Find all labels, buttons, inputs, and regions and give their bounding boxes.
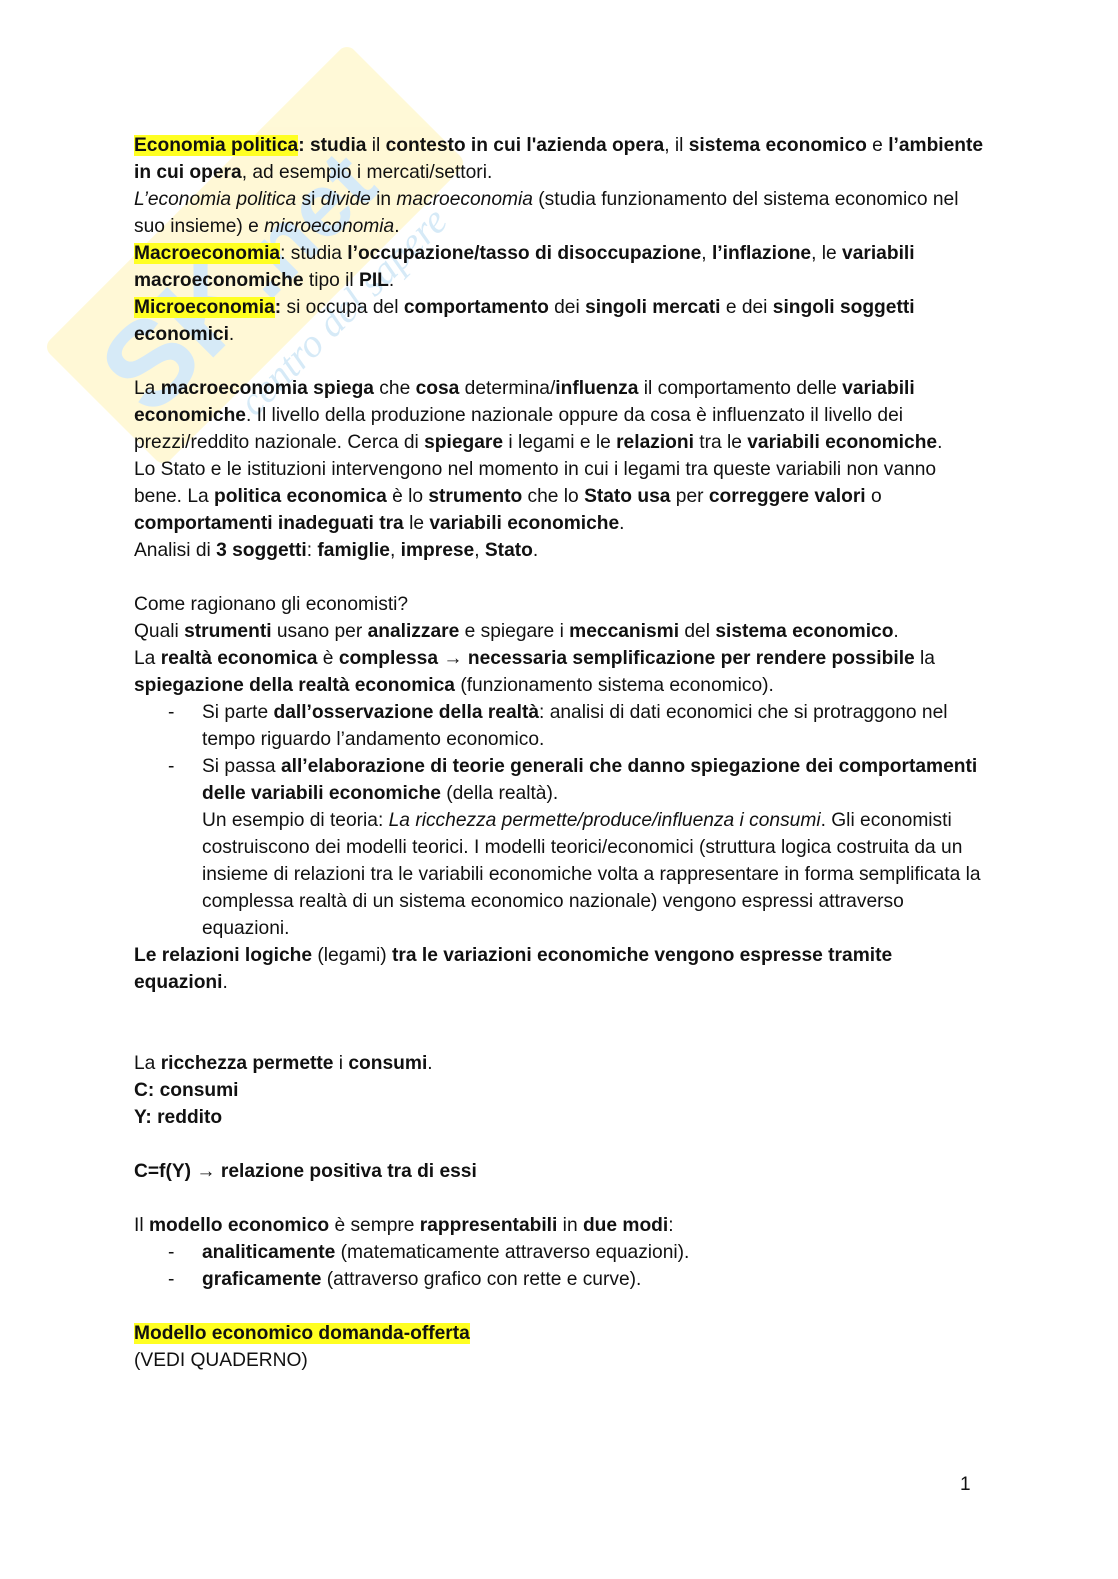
list-item: analiticamente (matematicamente attraver…	[134, 1239, 984, 1266]
paragraph: (VEDI QUADERNO)	[134, 1347, 984, 1374]
paragraph-spacer	[134, 348, 984, 375]
text-run: Come ragionano gli economisti?	[134, 594, 408, 615]
text-run: relazioni	[616, 432, 694, 453]
text-run: studia	[310, 135, 367, 156]
highlighted-term: Microeconomia	[134, 297, 275, 318]
text-run: singoli mercati	[585, 297, 720, 318]
text-run: che lo	[522, 486, 584, 507]
paragraph: C: consumi	[134, 1077, 984, 1104]
text-run: .	[229, 324, 234, 345]
paragraph: Lo Stato e le istituzioni intervengono n…	[134, 456, 984, 537]
text-run: è sempre	[329, 1215, 420, 1236]
text-run: o	[866, 486, 882, 507]
text-run: e dei	[721, 297, 773, 318]
text-run: realtà economica	[161, 648, 318, 669]
text-run: Y: reddito	[134, 1107, 222, 1128]
text-run: .	[533, 540, 538, 561]
indented-paragraph: Un esempio di teoria: La ricchezza perme…	[134, 807, 984, 942]
text-run: comportamenti inadeguati tra	[134, 513, 404, 534]
text-run: Si passa	[202, 756, 281, 777]
paragraph: Y: reddito	[134, 1104, 984, 1131]
text-run: .	[222, 972, 227, 993]
highlighted-term: Macroeconomia	[134, 243, 280, 264]
document-body: Economia politica: studia il contesto in…	[134, 132, 984, 1374]
text-run: dei	[549, 297, 585, 318]
text-run: i legami e le	[503, 432, 616, 453]
paragraph: Le relazioni logiche (legami) tra le var…	[134, 942, 984, 996]
text-run: Un esempio di teoria:	[202, 810, 389, 831]
text-run: politica economica	[214, 486, 387, 507]
dash-list: Si parte dall’osservazione della realtà:…	[134, 699, 984, 807]
text-run: si occupa del	[286, 297, 403, 318]
text-run: e	[867, 135, 888, 156]
text-run: (funzionamento sistema economico).	[455, 675, 774, 696]
text-run: La ricchezza permette/produce/influenza …	[389, 810, 821, 831]
text-run: C: consumi	[134, 1080, 238, 1101]
text-run: (della realtà).	[441, 783, 558, 804]
text-run: Stato	[485, 540, 533, 561]
text-run: in	[371, 189, 397, 210]
paragraph: La realtà economica è complessa → necess…	[134, 645, 984, 699]
text-run: , ad esempio i mercati/settori.	[242, 162, 493, 183]
text-run: :	[275, 297, 287, 318]
text-run: 3 soggetti	[216, 540, 307, 561]
text-run: Stato usa	[584, 486, 670, 507]
text-run: due modi	[583, 1215, 668, 1236]
text-run: variabili economiche	[429, 513, 619, 534]
text-run: ,	[474, 540, 485, 561]
text-run: tipo il	[304, 270, 359, 291]
text-run: PIL	[359, 270, 389, 291]
text-run: strumenti	[184, 621, 271, 642]
text-run: ricchezza permette	[161, 1053, 334, 1074]
paragraph-spacer	[134, 564, 984, 591]
text-run: :	[307, 540, 318, 561]
text-run: tra le	[694, 432, 747, 453]
paragraph: Macroeconomia: studia l’occupazione/tass…	[134, 240, 984, 294]
text-run: La	[134, 1053, 161, 1074]
text-run: graficamente	[202, 1269, 321, 1290]
text-run: .	[937, 432, 942, 453]
text-run: i	[333, 1053, 348, 1074]
text-run: per	[670, 486, 708, 507]
list-item: Si passa all’elaborazione di teorie gene…	[134, 753, 984, 807]
text-run: le	[404, 513, 430, 534]
text-run: Le relazioni logiche	[134, 945, 312, 966]
text-run: meccanismi	[569, 621, 679, 642]
paragraph-spacer	[134, 1131, 984, 1158]
text-run: analizzare	[368, 621, 460, 642]
text-run: , le	[811, 243, 842, 264]
list-item: Si parte dall’osservazione della realtà:…	[134, 699, 984, 753]
text-run: macroeconomia	[396, 189, 533, 210]
text-run: :	[298, 135, 310, 156]
text-run: il	[366, 135, 385, 156]
text-run: sistema economico	[689, 135, 867, 156]
text-run: che	[374, 378, 416, 399]
paragraph: Il modello economico è sempre rappresent…	[134, 1212, 984, 1239]
text-run: comportamento	[404, 297, 549, 318]
text-run: e spiegare i	[459, 621, 569, 642]
paragraph: C=f(Y) → relazione positiva tra di essi	[134, 1158, 984, 1185]
paragraph: Quali strumenti usano per analizzare e s…	[134, 618, 984, 645]
text-run: Si parte	[202, 702, 273, 723]
text-run: microeconomia	[264, 216, 394, 237]
text-run: Quali	[134, 621, 184, 642]
text-run: strumento	[428, 486, 522, 507]
paragraph-spacer	[134, 996, 984, 1050]
text-run: dall’osservazione della realtà	[273, 702, 539, 723]
text-run: influenza	[555, 378, 638, 399]
text-run: famiglie	[317, 540, 390, 561]
text-run: si	[296, 189, 321, 210]
text-run: (matematicamente attraverso equazioni).	[335, 1242, 689, 1263]
text-run: .	[394, 216, 399, 237]
text-run: L’economia politica	[134, 189, 296, 210]
list-item: graficamente (attraverso grafico con ret…	[134, 1266, 984, 1293]
text-run: variabili economiche	[747, 432, 937, 453]
text-run: spiegazione della realtà economica	[134, 675, 455, 696]
text-run: in	[557, 1215, 583, 1236]
paragraph: L’economia politica si divide in macroec…	[134, 186, 984, 240]
text-run: complessa → necessaria semplificazione p…	[339, 648, 915, 669]
text-run: C=f(Y) → relazione positiva tra di essi	[134, 1161, 477, 1182]
text-run: è	[317, 648, 338, 669]
text-run: modello economico	[149, 1215, 329, 1236]
text-run: Analisi di	[134, 540, 216, 561]
page-number: 1	[960, 1474, 971, 1496]
paragraph: Modello economico domanda-offerta	[134, 1320, 984, 1347]
text-run: analiticamente	[202, 1242, 335, 1263]
text-run: :	[668, 1215, 673, 1236]
paragraph-spacer	[134, 1185, 984, 1212]
text-run: .	[619, 513, 624, 534]
highlighted-term: Economia politica	[134, 135, 298, 156]
text-run: all’elaborazione di teorie generali che …	[202, 756, 977, 804]
text-run: .	[389, 270, 394, 291]
text-run: il comportamento delle	[638, 378, 842, 399]
paragraph-spacer	[134, 1293, 984, 1320]
text-run: (VEDI QUADERNO)	[134, 1350, 308, 1371]
text-run: Il	[134, 1215, 149, 1236]
text-run: spiegare	[424, 432, 503, 453]
text-run: macroeconomia spiega	[161, 378, 374, 399]
paragraph: Microeconomia: si occupa del comportamen…	[134, 294, 984, 348]
text-run: consumi	[348, 1053, 427, 1074]
text-run: imprese	[401, 540, 475, 561]
text-run: sistema economico	[715, 621, 893, 642]
text-run: La	[134, 378, 161, 399]
text-run: rappresentabili	[420, 1215, 558, 1236]
text-run: correggere valori	[709, 486, 866, 507]
paragraph: Come ragionano gli economisti?	[134, 591, 984, 618]
text-run: la	[915, 648, 935, 669]
paragraph: Economia politica: studia il contesto in…	[134, 132, 984, 186]
text-run: .	[893, 621, 898, 642]
text-run: cosa	[416, 378, 460, 399]
text-run: , il	[664, 135, 689, 156]
text-run: divide	[321, 189, 371, 210]
text-run: : studia	[280, 243, 347, 264]
text-run: contesto in cui l'azienda opera	[386, 135, 665, 156]
text-run: La	[134, 648, 161, 669]
dash-list: analiticamente (matematicamente attraver…	[134, 1239, 984, 1293]
text-run: ,	[390, 540, 401, 561]
paragraph: Analisi di 3 soggetti: famiglie, imprese…	[134, 537, 984, 564]
text-run: è lo	[387, 486, 429, 507]
text-run: (attraverso grafico con rette e curve).	[321, 1269, 641, 1290]
text-run: l’occupazione/tasso di disoccupazione	[347, 243, 701, 264]
text-run: (legami)	[312, 945, 392, 966]
text-run: ,	[701, 243, 712, 264]
highlighted-term: Modello economico domanda-offerta	[134, 1323, 470, 1344]
text-run: .	[427, 1053, 432, 1074]
text-run: usano per	[272, 621, 368, 642]
paragraph: La macroeconomia spiega che cosa determi…	[134, 375, 984, 456]
text-run: l’inflazione	[712, 243, 811, 264]
text-run: determina/	[459, 378, 555, 399]
paragraph: La ricchezza permette i consumi.	[134, 1050, 984, 1077]
text-run: del	[679, 621, 715, 642]
